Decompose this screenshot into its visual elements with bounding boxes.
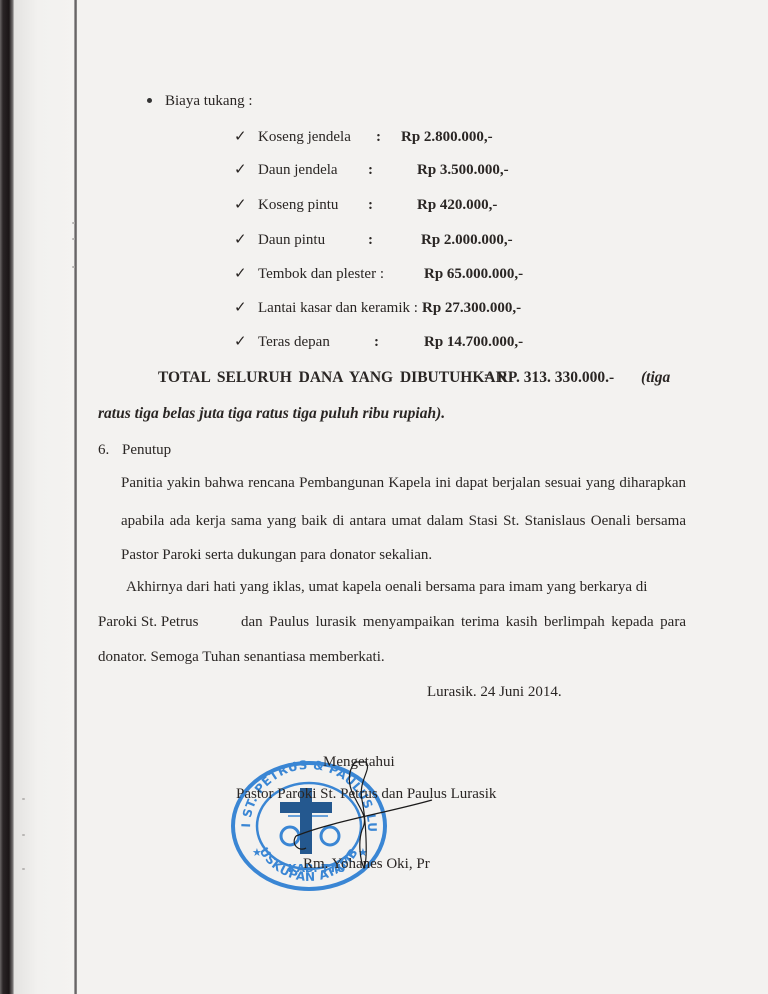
- bullet-icon: [147, 98, 152, 103]
- signer-name: Rm. Yohanes Oki, Pr: [303, 855, 430, 873]
- checkmark-icon: ✓: [234, 196, 247, 214]
- cost-item-colon: :: [368, 161, 373, 179]
- place-date: Lurasik. 24 Juni 2014.: [427, 683, 562, 701]
- cost-item-colon: :: [368, 231, 373, 249]
- cost-item-label: Lantai kasar dan keramik :: [258, 299, 418, 317]
- cost-item-amount: Rp 3.500.000,-: [417, 161, 509, 179]
- checkmark-icon: ✓: [234, 333, 247, 351]
- cost-item-amount: Rp 65.000.000,-: [424, 265, 523, 283]
- scan-speck: [72, 238, 75, 240]
- paragraph1-line3: Pastor Paroki serta dukungan para donato…: [121, 546, 432, 564]
- cost-item-label: Daun pintu: [258, 231, 325, 249]
- scan-shadow: [14, 0, 74, 994]
- checkmark-icon: ✓: [234, 161, 247, 179]
- total-label: TOTAL SELURUH DANA YANG DIBUTUHKAN: [158, 369, 507, 387]
- paragraph2-line3: donator. Semoga Tuhan senantiasa memberk…: [98, 648, 385, 666]
- scan-speck: [22, 868, 25, 870]
- paragraph2-line2a: Paroki St. Petrus: [98, 613, 198, 631]
- cost-item-label: Teras depan: [258, 333, 330, 351]
- paragraph2-line2b: dan Paulus lurasik menyampaikan terima k…: [241, 613, 686, 631]
- scan-binding-edge: [0, 0, 14, 994]
- cost-item-colon: :: [368, 196, 373, 214]
- scan-speck: [22, 798, 25, 800]
- section-title: Penutup: [122, 441, 171, 459]
- total-amount: = RP. 313. 330.000.-: [484, 369, 614, 387]
- total-words: ratus tiga belas juta tiga ratus tiga pu…: [98, 405, 445, 423]
- checkmark-icon: ✓: [234, 231, 247, 249]
- cost-item-label: Tembok dan plester :: [258, 265, 384, 283]
- svg-text:★: ★: [252, 846, 262, 859]
- cost-item-amount: Rp 2.800.000,-: [401, 128, 493, 146]
- section-heading: Biaya tukang :: [165, 92, 252, 110]
- cost-item-amount: Rp 420.000,-: [417, 196, 497, 214]
- scan-speck: [72, 266, 75, 268]
- scan-speck: [22, 834, 25, 836]
- cost-item-amount: Rp 2.000.000,-: [421, 231, 513, 249]
- page-edge-line: [74, 0, 77, 994]
- cost-item-label: Koseng jendela: [258, 128, 351, 146]
- total-words-start: (tiga: [641, 369, 670, 387]
- section-number: 6.: [98, 441, 109, 459]
- cost-item-label: Daun jendela: [258, 161, 338, 179]
- checkmark-icon: ✓: [234, 128, 247, 146]
- acknowledged-label: Mengetahui: [323, 753, 395, 771]
- cost-item-amount: Rp 27.300.000,-: [422, 299, 521, 317]
- checkmark-icon: ✓: [234, 299, 247, 317]
- scan-speck: [72, 222, 75, 224]
- cost-item-amount: Rp 14.700.000,-: [424, 333, 523, 351]
- cost-item-label: Koseng pintu: [258, 196, 338, 214]
- signer-position: Pastor Paroki St. Petrus dan Paulus Lura…: [236, 785, 496, 803]
- cost-item-colon: :: [376, 128, 381, 146]
- paragraph1-line1: Panitia yakin bahwa rencana Pembangunan …: [121, 474, 686, 492]
- paragraph1-line2: apabila ada kerja sama yang baik di anta…: [121, 512, 686, 530]
- paragraph2-line1: Akhirnya dari hati yang iklas, umat kape…: [126, 578, 647, 596]
- checkmark-icon: ✓: [234, 265, 247, 283]
- cost-item-colon: :: [374, 333, 379, 351]
